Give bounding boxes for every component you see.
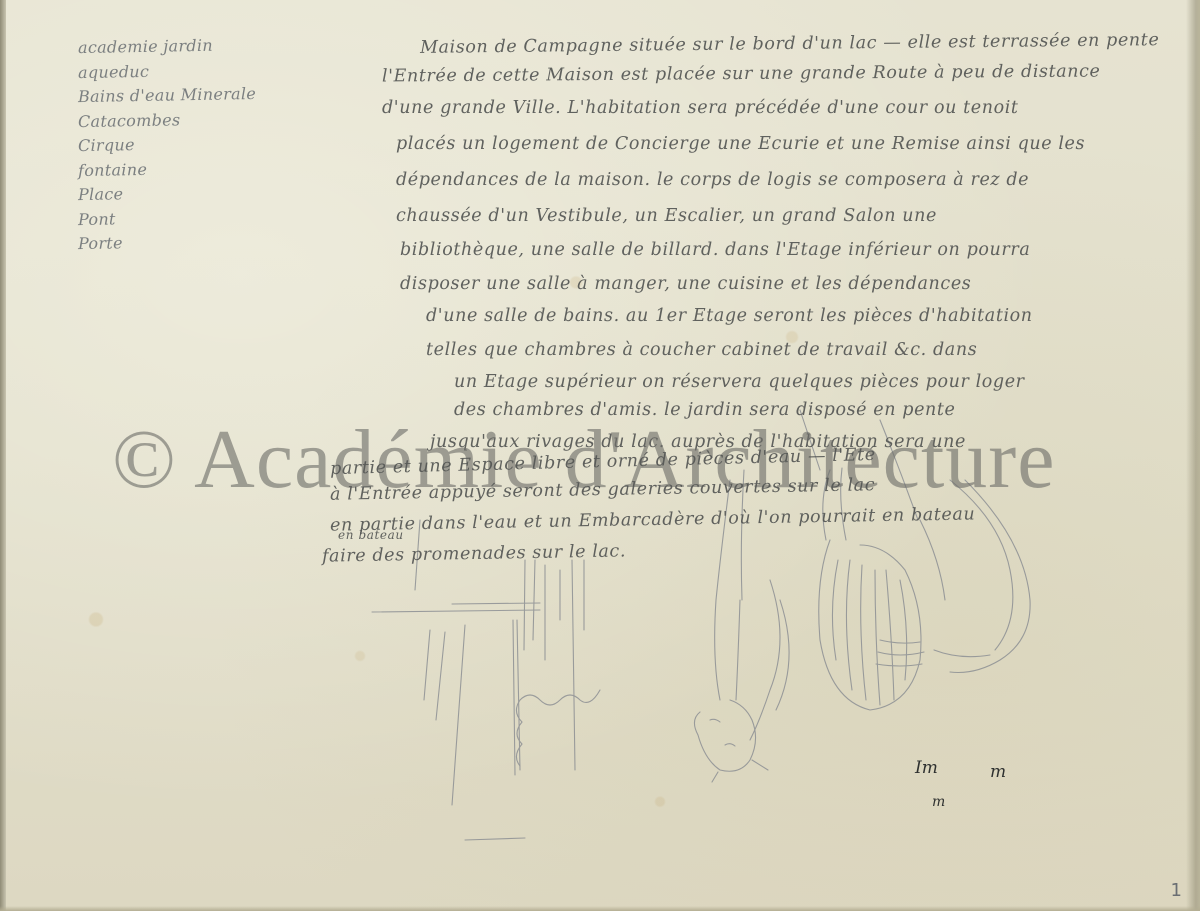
text-line: placés un logement de Concierge une Ecur… bbox=[396, 134, 1085, 154]
text-line: d'une grande Ville. L'habitation sera pr… bbox=[382, 98, 1019, 118]
text-line: dépendances de la maison. le corps de lo… bbox=[396, 170, 1029, 190]
text-line: d'une salle de bains. au 1er Etage seron… bbox=[426, 306, 1033, 326]
text-line: disposer une salle à manger, une cuisine… bbox=[400, 274, 971, 294]
text-line: un Etage supérieur on réservera quelques… bbox=[454, 372, 1025, 392]
interlinear-note: en bateau bbox=[338, 528, 404, 542]
manuscript-page: academie jardin aqueduc Bains d'eau Mine… bbox=[0, 0, 1200, 911]
ink-mark: m bbox=[990, 762, 1006, 782]
ink-mark: m bbox=[932, 794, 945, 810]
margin-item: Bains d'eau Minerale bbox=[78, 81, 318, 110]
margin-index-list: academie jardin aqueduc Bains d'eau Mine… bbox=[78, 34, 318, 255]
folio-number: 1 bbox=[1171, 880, 1182, 901]
margin-item: academie jardin bbox=[78, 32, 318, 61]
margin-item: Porte bbox=[78, 228, 318, 257]
text-line: bibliothèque, une salle de billard. dans… bbox=[400, 240, 1030, 260]
text-line: telles que chambres à coucher cabinet de… bbox=[426, 340, 977, 360]
text-line: chaussée d'un Vestibule, un Escalier, un… bbox=[396, 206, 937, 226]
ink-mark: Im bbox=[915, 758, 938, 778]
margin-item: Place bbox=[78, 179, 318, 208]
margin-item: Cirque bbox=[78, 130, 318, 159]
